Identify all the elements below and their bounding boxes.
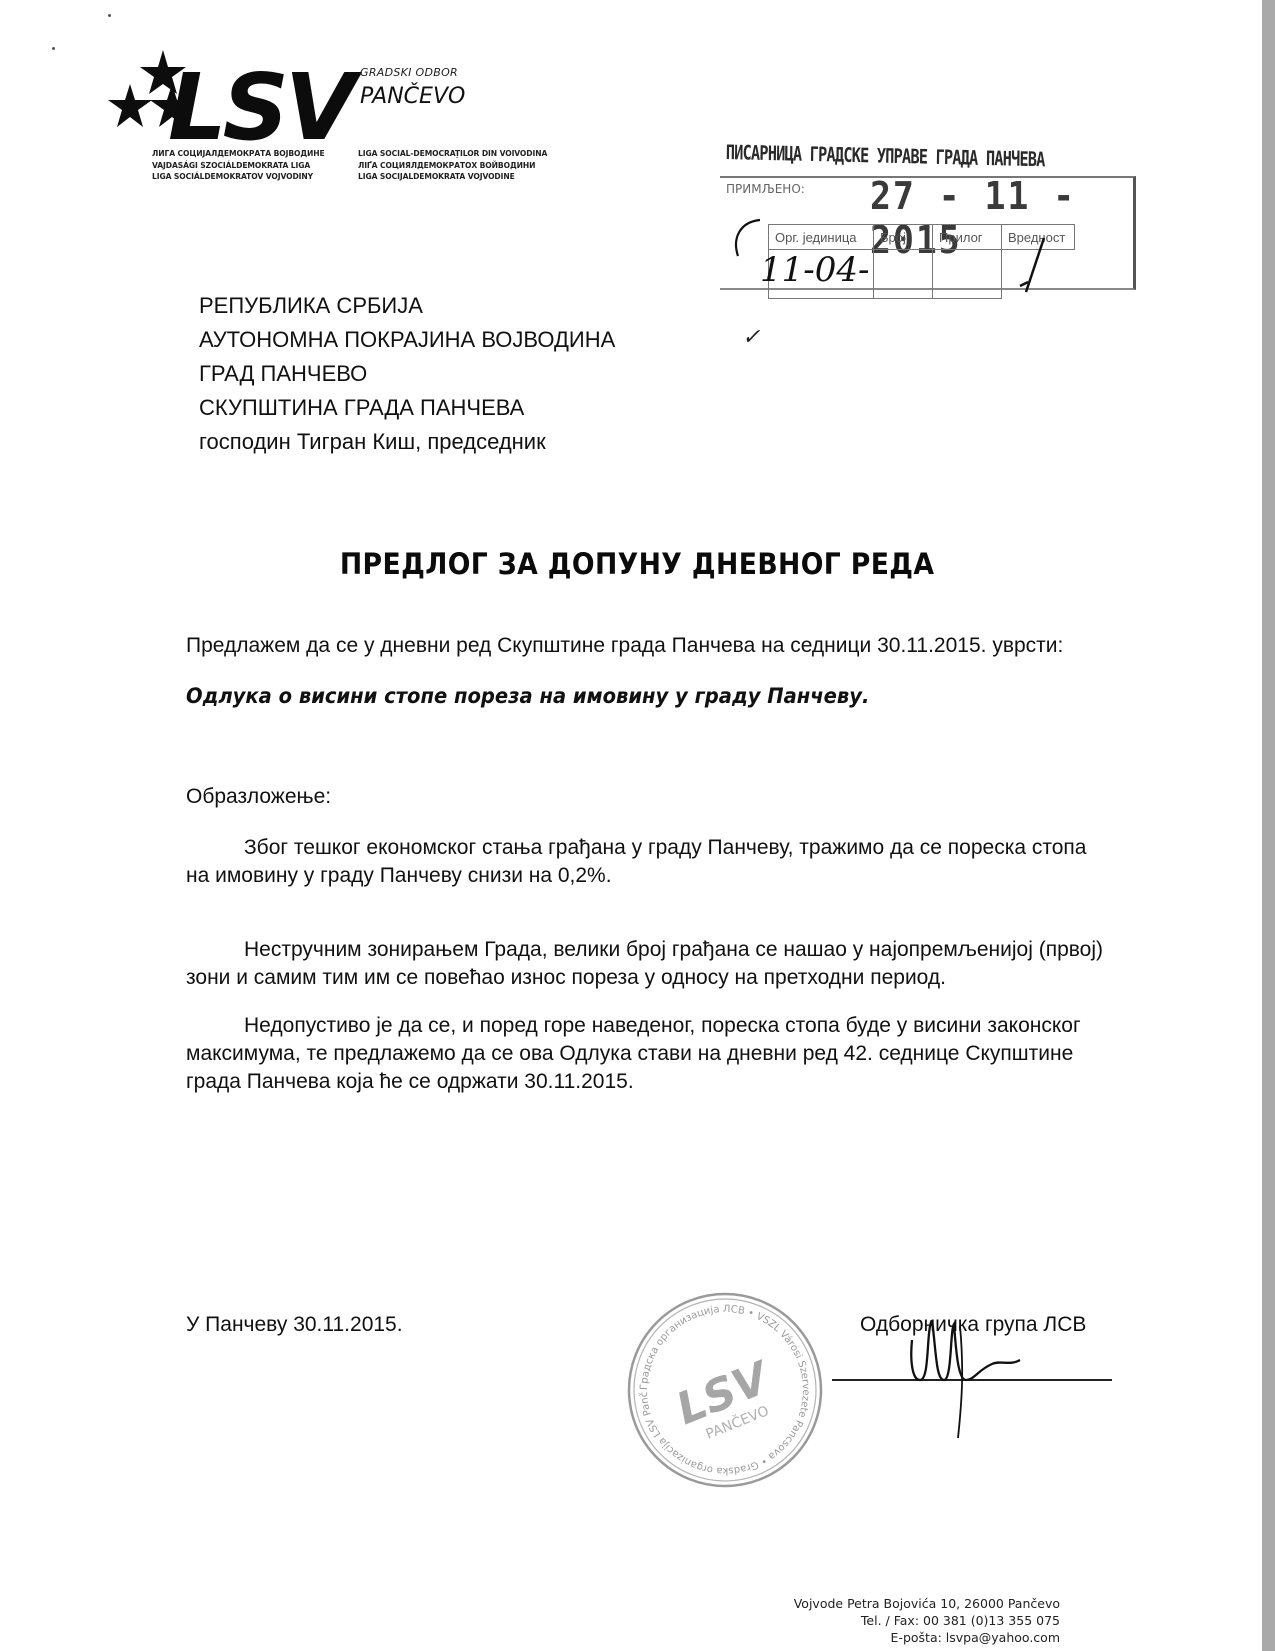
stamp-title: ПИСАРНИЦА ГРАДСКЕ УПРАВЕ ГРАДА ПАНЧЕВА — [726, 140, 1045, 171]
recipient-line: АУТОНОМНА ПОКРАЈИНА ВОЈВОДИНА — [199, 323, 615, 357]
recipient-block: РЕПУБЛИКА СРБИЈА АУТОНОМНА ПОКРАЈИНА ВОЈ… — [199, 289, 615, 459]
org-subtitle: GRADSKI ODBOR — [360, 66, 458, 79]
legal-names-left: ЛИГА СОЦИЈАЛДЕМОКРАТА ВОЈВОДИНЕ VAJDASÁG… — [152, 148, 325, 183]
signature — [900, 1320, 1050, 1440]
official-seal: Градска организација ЛСВ • VSZL Városi S… — [620, 1290, 830, 1490]
stamp-received-label: ПРИМЉЕНО: — [726, 182, 805, 196]
logo-wordmark: LSV — [168, 62, 352, 154]
registry-stamp: ПИСАРНИЦА ГРАДСКЕ УПРАВЕ ГРАДА ПАНЧЕВА П… — [720, 132, 1140, 312]
stamp-col-number: Број — [874, 225, 933, 250]
recipient-line: ГРАД ПАНЧЕВО — [199, 357, 615, 391]
rationale-paragraph: Недопустиво је да се, и поред горе навед… — [186, 1012, 1106, 1096]
rationale-paragraph: Због тешког економског стања грађана у г… — [186, 834, 1106, 890]
stamp-col-attachment: Прилог — [933, 225, 1002, 250]
stamp-col-unit: Орг. јединица — [769, 225, 874, 250]
decision-title: Одлука о висини стопе пореза на имовину … — [186, 684, 869, 708]
check-mark-icon: ✓ — [742, 325, 760, 350]
intro-paragraph: Предлажем да се у дневни ред Скупштине г… — [186, 632, 1063, 660]
rationale-paragraph: Нестручним зонирањем Града, велики број … — [186, 936, 1106, 992]
recipient-line: СКУПШТИНА ГРАДА ПАНЧЕВА — [199, 391, 615, 425]
handwritten-attachment-mark — [1018, 236, 1048, 306]
place-date: У Панчеву 30.11.2015. — [186, 1311, 403, 1339]
recipient-line: господин Тигран Киш, председник — [199, 425, 615, 459]
recipient-line: РЕПУБЛИКА СРБИЈА — [199, 289, 615, 323]
handwritten-arc — [720, 218, 780, 258]
org-city: PANČEVO — [360, 84, 465, 109]
scan-speck — [108, 14, 111, 17]
footer-email: E-pošta: lsvpa@yahoo.com — [794, 1629, 1060, 1646]
footer-address: Vojvode Petra Bojovića 10, 26000 Pančevo — [794, 1595, 1060, 1612]
letterhead-logo: LSV GRADSKI ODBOR PANČEVO ЛИГА СОЦИЈАЛДЕ… — [108, 50, 528, 190]
rationale-label: Образложење: — [186, 783, 331, 811]
scan-edge — [1262, 0, 1275, 1651]
footer-contact: Vojvode Petra Bojovića 10, 26000 Pančevo… — [794, 1595, 1060, 1646]
document-title: ПРЕДЛОГ ЗА ДОПУНУ ДНЕВНОГ РЕДА — [0, 547, 1275, 581]
scan-speck — [52, 47, 55, 50]
footer-phone: Tel. / Fax: 00 381 (0)13 355 075 — [794, 1612, 1060, 1629]
legal-names-right: LIGA SOCIAL-DEMOCRAȚILOR DIN VOIVODINA Л… — [358, 148, 547, 183]
